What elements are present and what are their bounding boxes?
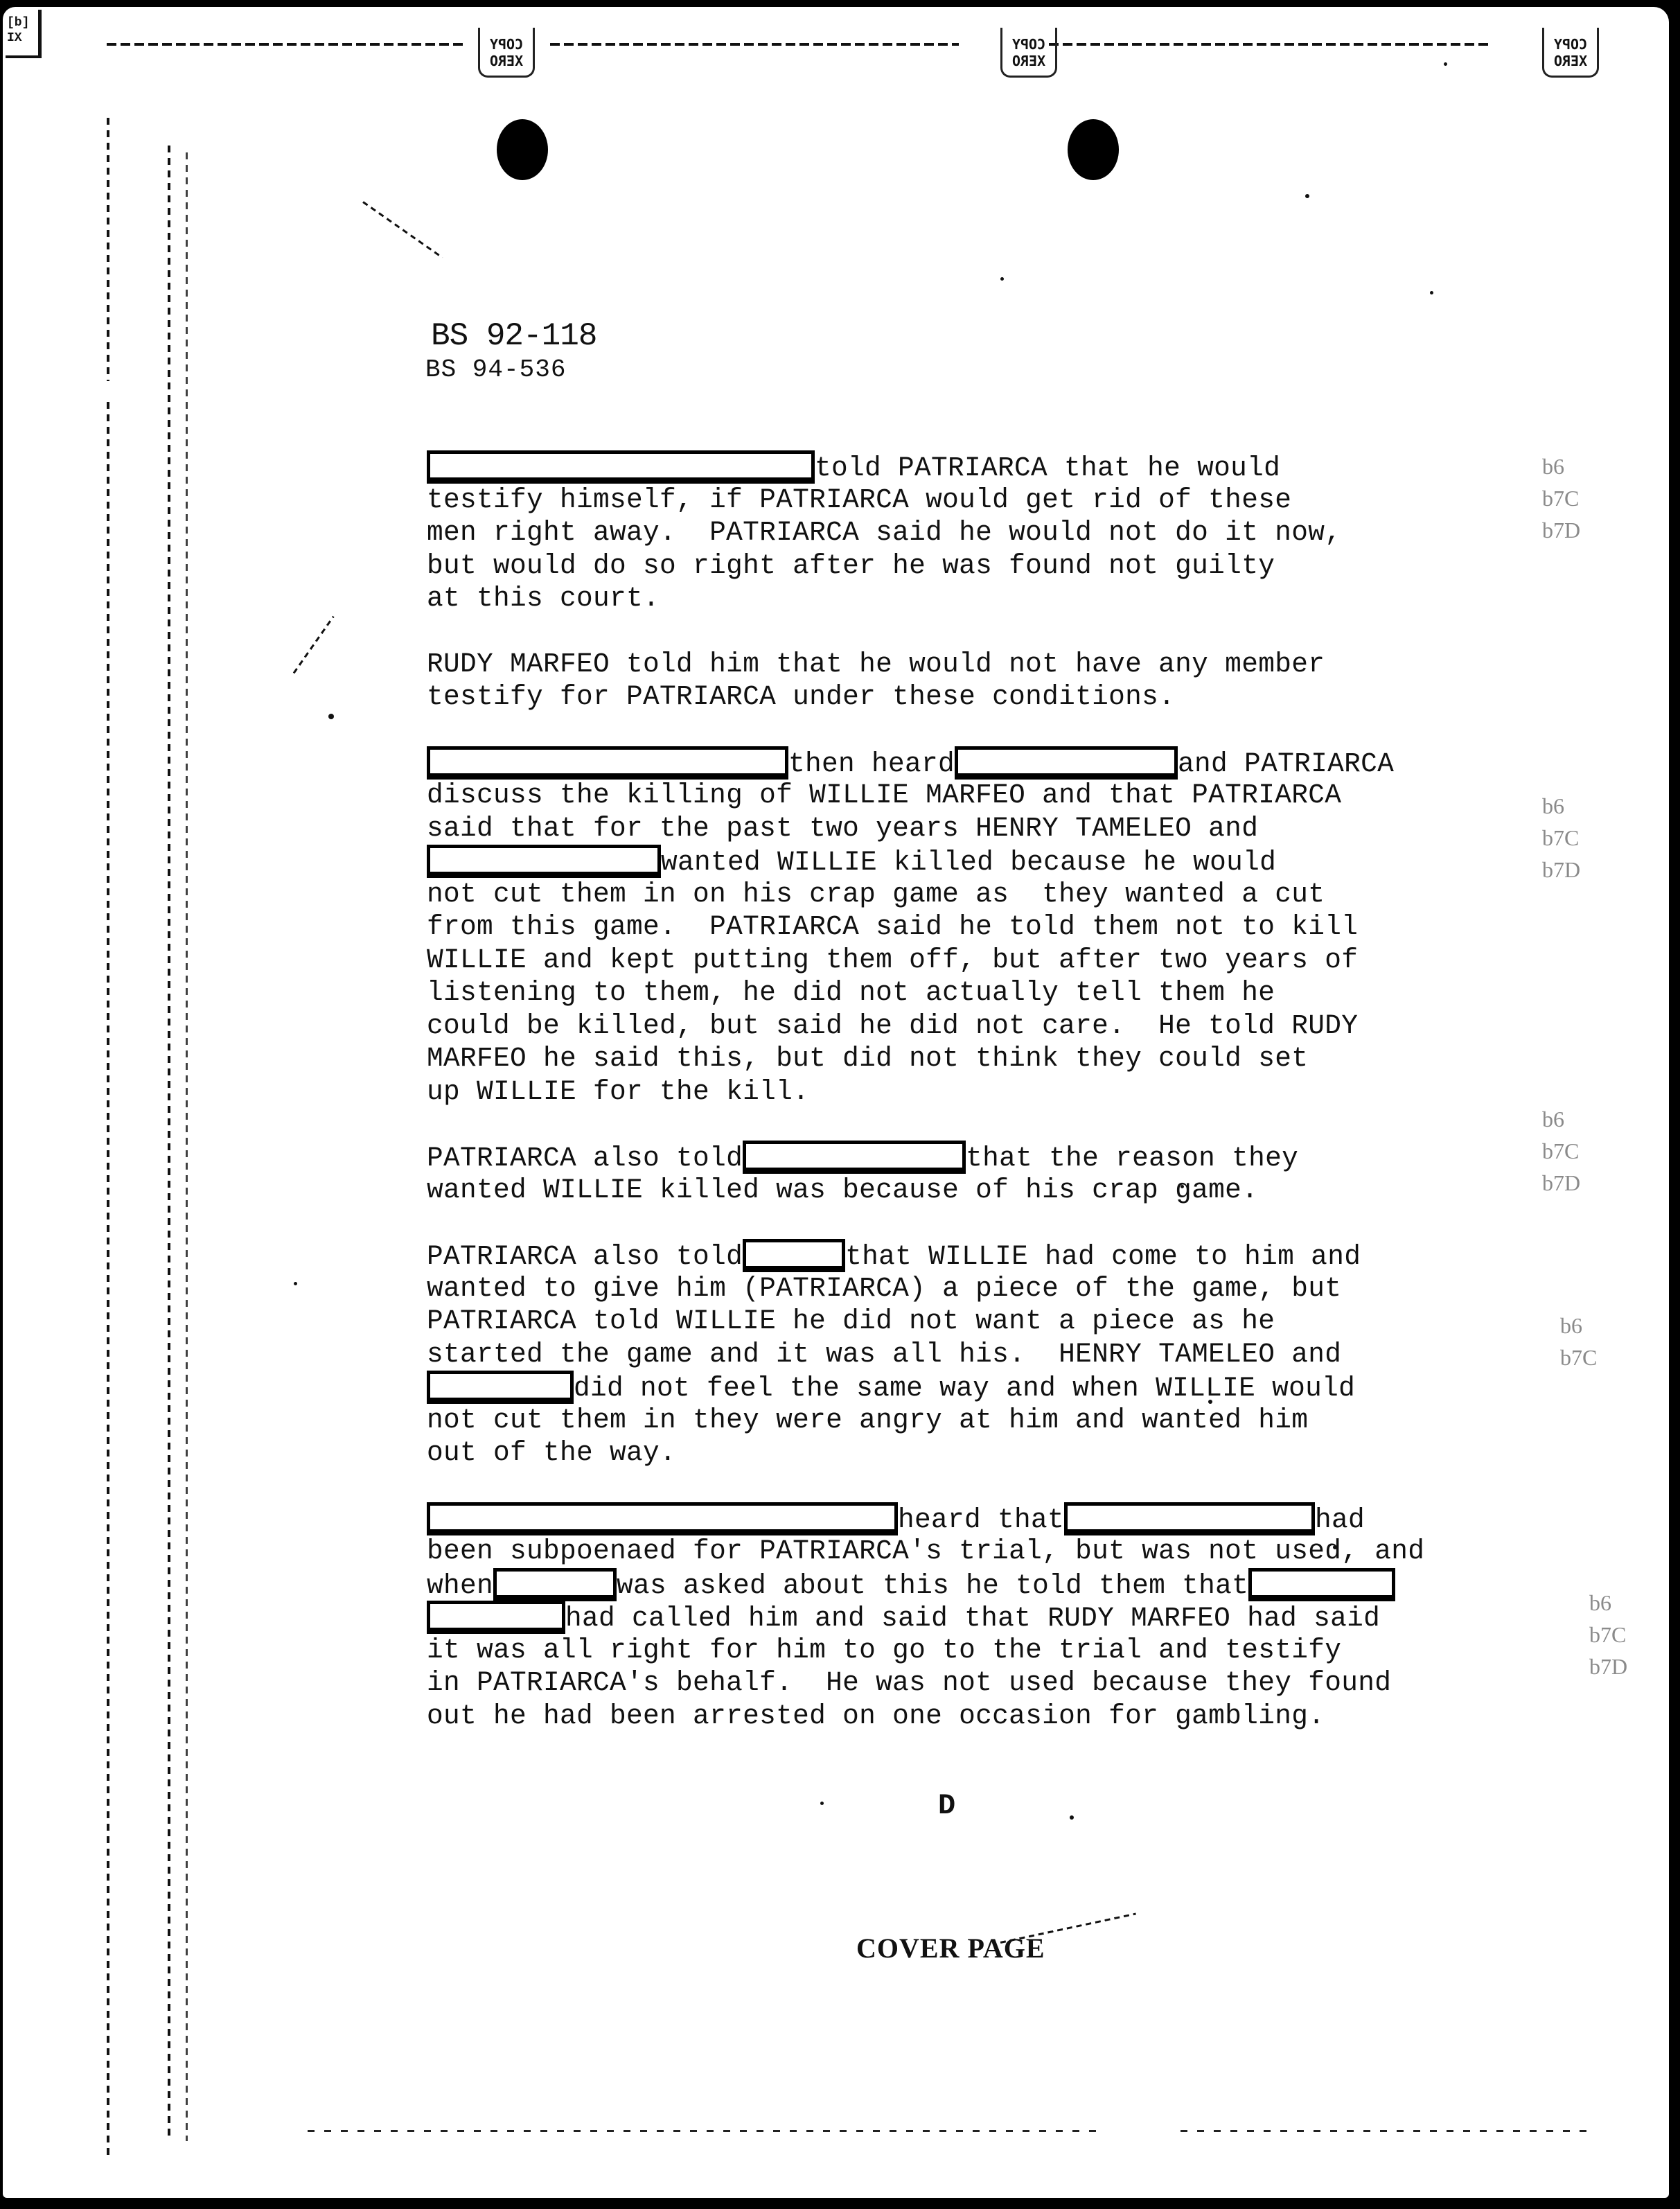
speck	[1305, 194, 1309, 198]
text-segment: had	[1315, 1504, 1365, 1535]
text-line: PATRIARCA also toldthat WILLIE had come …	[427, 1239, 1632, 1272]
text-line: from this game. PATRIARCA said he told t…	[427, 910, 1632, 944]
speck	[294, 1282, 297, 1285]
exemption-code: b7D	[1542, 854, 1580, 886]
redaction-box	[427, 450, 815, 484]
text-segment: testify for PATRIARCA under these condit…	[427, 681, 1175, 712]
stamp-line: COPY	[1554, 36, 1587, 53]
paragraph: PATRIARCA also toldthat WILLIE had come …	[427, 1239, 1632, 1470]
text-segment: then heard	[788, 748, 955, 780]
text-segment: PATRIARCA also told	[427, 1143, 743, 1174]
text-line: had called him and said that RUDY MARFEO…	[427, 1601, 1632, 1634]
redaction-box	[427, 845, 661, 878]
copy-stamp: COPY XERO	[478, 28, 535, 78]
header-rule	[550, 43, 959, 46]
speck	[1000, 277, 1004, 281]
text-line: said that for the past two years HENRY T…	[427, 812, 1632, 845]
speck	[328, 714, 334, 719]
redaction-box	[427, 1371, 574, 1404]
punch-hole-icon	[1068, 119, 1119, 180]
text-line: not cut them in on his crap game as they…	[427, 878, 1632, 911]
text-line: in PATRIARCA's behalf. He was not used b…	[427, 1666, 1632, 1700]
text-segment: not cut them in on his crap game as they…	[427, 879, 1325, 910]
exemption-codes: b6 b7C b7D	[1542, 1103, 1580, 1199]
speck	[1430, 291, 1433, 294]
margin-line	[168, 146, 170, 2141]
text-line: up WILLIE for the kill.	[427, 1075, 1632, 1109]
redaction-box	[427, 1601, 565, 1634]
text-line: heard thathad	[427, 1502, 1632, 1535]
text-line: MARFEO he said this, but did not think t…	[427, 1042, 1632, 1075]
redaction-box	[1064, 1502, 1315, 1535]
text-segment: WILLIE and kept putting them off, but af…	[427, 944, 1358, 976]
text-segment: that the reason they	[966, 1143, 1298, 1174]
redaction-box	[743, 1239, 845, 1272]
smudge	[293, 616, 335, 674]
redaction-box	[427, 1502, 898, 1535]
cover-page-label: COVER PAGE	[856, 1932, 1045, 1964]
redaction-box	[1248, 1568, 1395, 1601]
exemption-code: b6	[1589, 1587, 1627, 1619]
stamp-line: XERO	[1554, 53, 1587, 69]
exemption-code: b7D	[1542, 1167, 1580, 1199]
text-segment: been subpoenaed for PATRIARCA's trial, b…	[427, 1535, 1424, 1567]
text-segment: wanted WILLIE killed was because of his …	[427, 1174, 1258, 1206]
paragraph: heard thathadbeen subpoenaed for PATRIAR…	[427, 1502, 1632, 1733]
page-letter: D	[938, 1789, 955, 1822]
text-segment: out he had been arrested on one occasion…	[427, 1700, 1325, 1732]
exemption-codes: b6 b7C b7D	[1589, 1587, 1627, 1682]
exemption-code: b7D	[1542, 514, 1580, 546]
text-segment: not cut them in they were angry at him a…	[427, 1405, 1308, 1436]
redaction-box	[427, 746, 788, 780]
punch-hole-icon	[497, 119, 548, 180]
speck	[1444, 62, 1447, 66]
bottom-rule	[308, 2130, 1104, 2132]
speck	[1070, 1815, 1074, 1820]
exemption-code: b7C	[1542, 1135, 1580, 1167]
text-segment: told PATRIARCA that he would	[815, 452, 1280, 484]
text-line: whenwas asked about this he told them th…	[427, 1568, 1632, 1601]
exemption-codes: b6 b7C b7D	[1542, 450, 1580, 546]
text-line: wanted to give him (PATRIARCA) a piece o…	[427, 1272, 1632, 1305]
redaction-box	[955, 746, 1178, 780]
exemption-codes: b6 b7C b7D	[1542, 790, 1580, 886]
text-segment: testify himself, if PATRIARCA would get …	[427, 484, 1291, 516]
exemption-code: b6	[1542, 1103, 1580, 1135]
paragraph: RUDY MARFEO told him that he would not h…	[427, 648, 1632, 714]
exemption-code: b6	[1542, 790, 1580, 822]
text-segment: said that for the past two years HENRY T…	[427, 813, 1258, 844]
exemption-code: b7C	[1560, 1341, 1597, 1373]
bottom-rule	[1181, 2130, 1596, 2132]
text-line: could be killed, but said he did not car…	[427, 1010, 1632, 1043]
paragraph: then heardand PATRIARCAdiscuss the killi…	[427, 746, 1632, 1109]
text-line: WILLIE and kept putting them off, but af…	[427, 944, 1632, 977]
text-line: but would do so right after he was found…	[427, 549, 1632, 583]
paragraph: PATRIARCA also toldthat the reason theyw…	[427, 1141, 1632, 1206]
text-segment: listening to them, he did not actually t…	[427, 977, 1275, 1008]
exemption-code: b7C	[1542, 822, 1580, 854]
text-segment: wanted to give him (PATRIARCA) a piece o…	[427, 1273, 1341, 1304]
text-line: testify for PATRIARCA under these condit…	[427, 680, 1632, 714]
text-line: out he had been arrested on one occasion…	[427, 1700, 1632, 1733]
stamp-line: XERO	[1012, 53, 1045, 69]
margin-line	[107, 402, 109, 2155]
text-segment: it was all right for him to go to the tr…	[427, 1635, 1341, 1666]
text-line: testify himself, if PATRIARCA would get …	[427, 484, 1632, 517]
header-rule	[107, 43, 467, 46]
text-line: listening to them, he did not actually t…	[427, 976, 1632, 1010]
text-segment: when	[427, 1570, 493, 1601]
text-line: did not feel the same way and when WILLI…	[427, 1371, 1632, 1404]
copy-stamp: COPY XERO	[1542, 28, 1599, 78]
paragraph: told PATRIARCA that he wouldtestify hims…	[427, 450, 1632, 615]
stamp-line: COPY	[1012, 36, 1045, 53]
speck	[820, 1802, 824, 1805]
text-line: RUDY MARFEO told him that he would not h…	[427, 648, 1632, 681]
text-line: at this court.	[427, 582, 1632, 615]
text-segment: RUDY MARFEO told him that he would not h…	[427, 649, 1325, 680]
text-line: started the game and it was all his. HEN…	[427, 1338, 1632, 1371]
text-segment: could be killed, but said he did not car…	[427, 1010, 1358, 1041]
text-segment: PATRIARCA told WILLIE he did not want a …	[427, 1305, 1275, 1337]
margin-line	[186, 152, 188, 2141]
text-segment: and PATRIARCA	[1178, 748, 1394, 780]
exemption-codes: b6 b7C	[1560, 1310, 1597, 1373]
text-line: then heardand PATRIARCA	[427, 746, 1632, 780]
text-segment: wanted WILLIE killed because he would	[661, 847, 1276, 878]
text-line: not cut them in they were angry at him a…	[427, 1404, 1632, 1437]
exemption-code: b6	[1560, 1310, 1597, 1341]
text-line: men right away. PATRIARCA said he would …	[427, 516, 1632, 549]
margin-line	[107, 118, 109, 381]
text-line: told PATRIARCA that he would	[427, 450, 1632, 484]
stamp-line: XERO	[490, 53, 523, 69]
file-numbers: BS 92-118 BS 94-536	[431, 317, 596, 385]
text-line: discuss the killing of WILLIE MARFEO and…	[427, 779, 1632, 812]
redaction-box	[493, 1568, 617, 1601]
text-segment: up WILLIE for the kill.	[427, 1076, 809, 1107]
text-line: PATRIARCA told WILLIE he did not want a …	[427, 1305, 1632, 1338]
header-rule	[1049, 43, 1492, 46]
document-body: told PATRIARCA that he wouldtestify hims…	[427, 450, 1632, 1765]
text-segment: out of the way.	[427, 1437, 676, 1468]
text-segment: was asked about this he told them that	[617, 1570, 1248, 1601]
text-segment: in PATRIARCA's behalf. He was not used b…	[427, 1667, 1391, 1698]
text-line: wanted WILLIE killed was because of his …	[427, 1174, 1632, 1207]
text-line: been subpoenaed for PATRIARCA's trial, b…	[427, 1535, 1632, 1568]
text-segment: discuss the killing of WILLIE MARFEO and…	[427, 780, 1341, 811]
text-segment: that WILLIE had come to him and	[845, 1241, 1361, 1272]
text-segment: at this court.	[427, 583, 660, 614]
text-segment: men right away. PATRIARCA said he would …	[427, 517, 1341, 548]
text-line: PATRIARCA also toldthat the reason they	[427, 1141, 1632, 1174]
file-number-primary: BS 92-118	[431, 317, 596, 355]
document-page: [b] IX COPY XERO COPY XERO COPY XERO BS …	[3, 7, 1669, 2198]
file-number-secondary: BS 94-536	[425, 355, 596, 385]
corner-mark: [b] IX	[6, 10, 42, 58]
text-segment: heard that	[898, 1504, 1064, 1535]
exemption-code: b6	[1542, 450, 1580, 482]
copy-stamp: COPY XERO	[1000, 28, 1057, 78]
text-segment: but would do so right after he was found…	[427, 550, 1275, 581]
text-segment: PATRIARCA also told	[427, 1241, 743, 1272]
smudge	[362, 201, 443, 258]
text-line: wanted WILLIE killed because he would	[427, 845, 1632, 878]
text-line: out of the way.	[427, 1436, 1632, 1470]
text-line: it was all right for him to go to the tr…	[427, 1634, 1632, 1667]
stamp-line: COPY	[490, 36, 523, 53]
text-segment: MARFEO he said this, but did not think t…	[427, 1043, 1308, 1074]
text-segment: from this game. PATRIARCA said he told t…	[427, 911, 1358, 942]
text-segment: started the game and it was all his. HEN…	[427, 1339, 1341, 1370]
exemption-code: b7D	[1589, 1651, 1627, 1682]
text-segment: did not feel the same way and when WILLI…	[574, 1373, 1355, 1404]
exemption-code: b7C	[1542, 482, 1580, 514]
text-segment: had called him and said that RUDY MARFEO…	[565, 1603, 1380, 1634]
exemption-code: b7C	[1589, 1619, 1627, 1651]
redaction-box	[743, 1141, 966, 1174]
